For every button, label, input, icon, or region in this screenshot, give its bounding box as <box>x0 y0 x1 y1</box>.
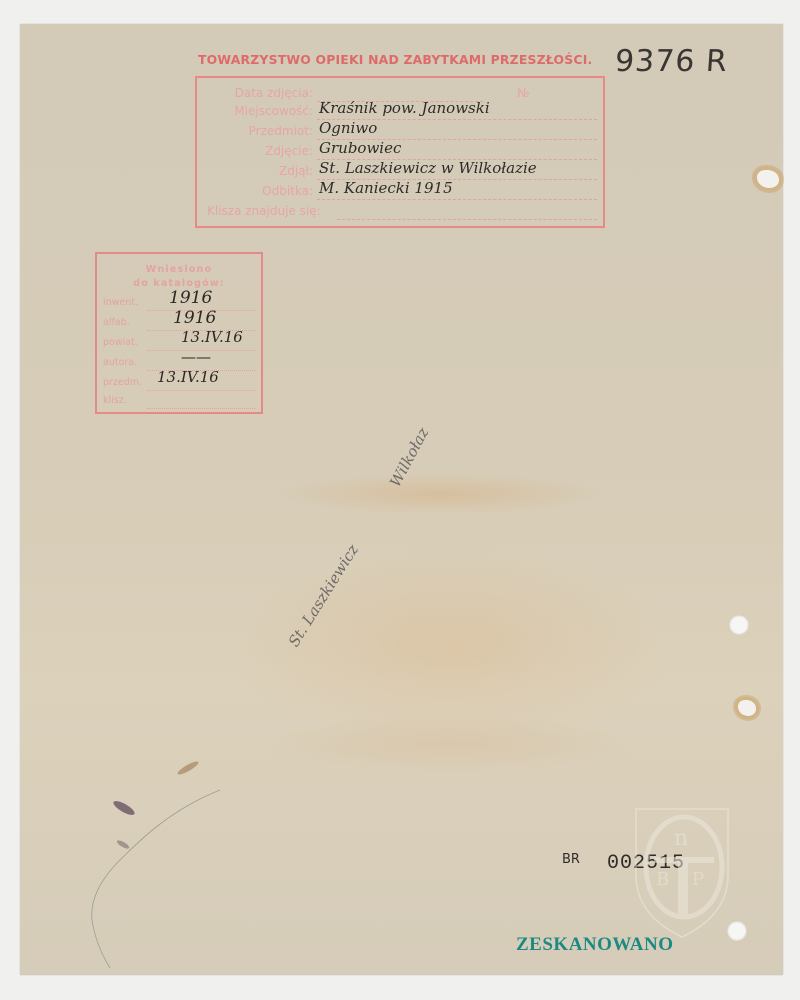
pencil-stroke <box>0 0 800 1000</box>
